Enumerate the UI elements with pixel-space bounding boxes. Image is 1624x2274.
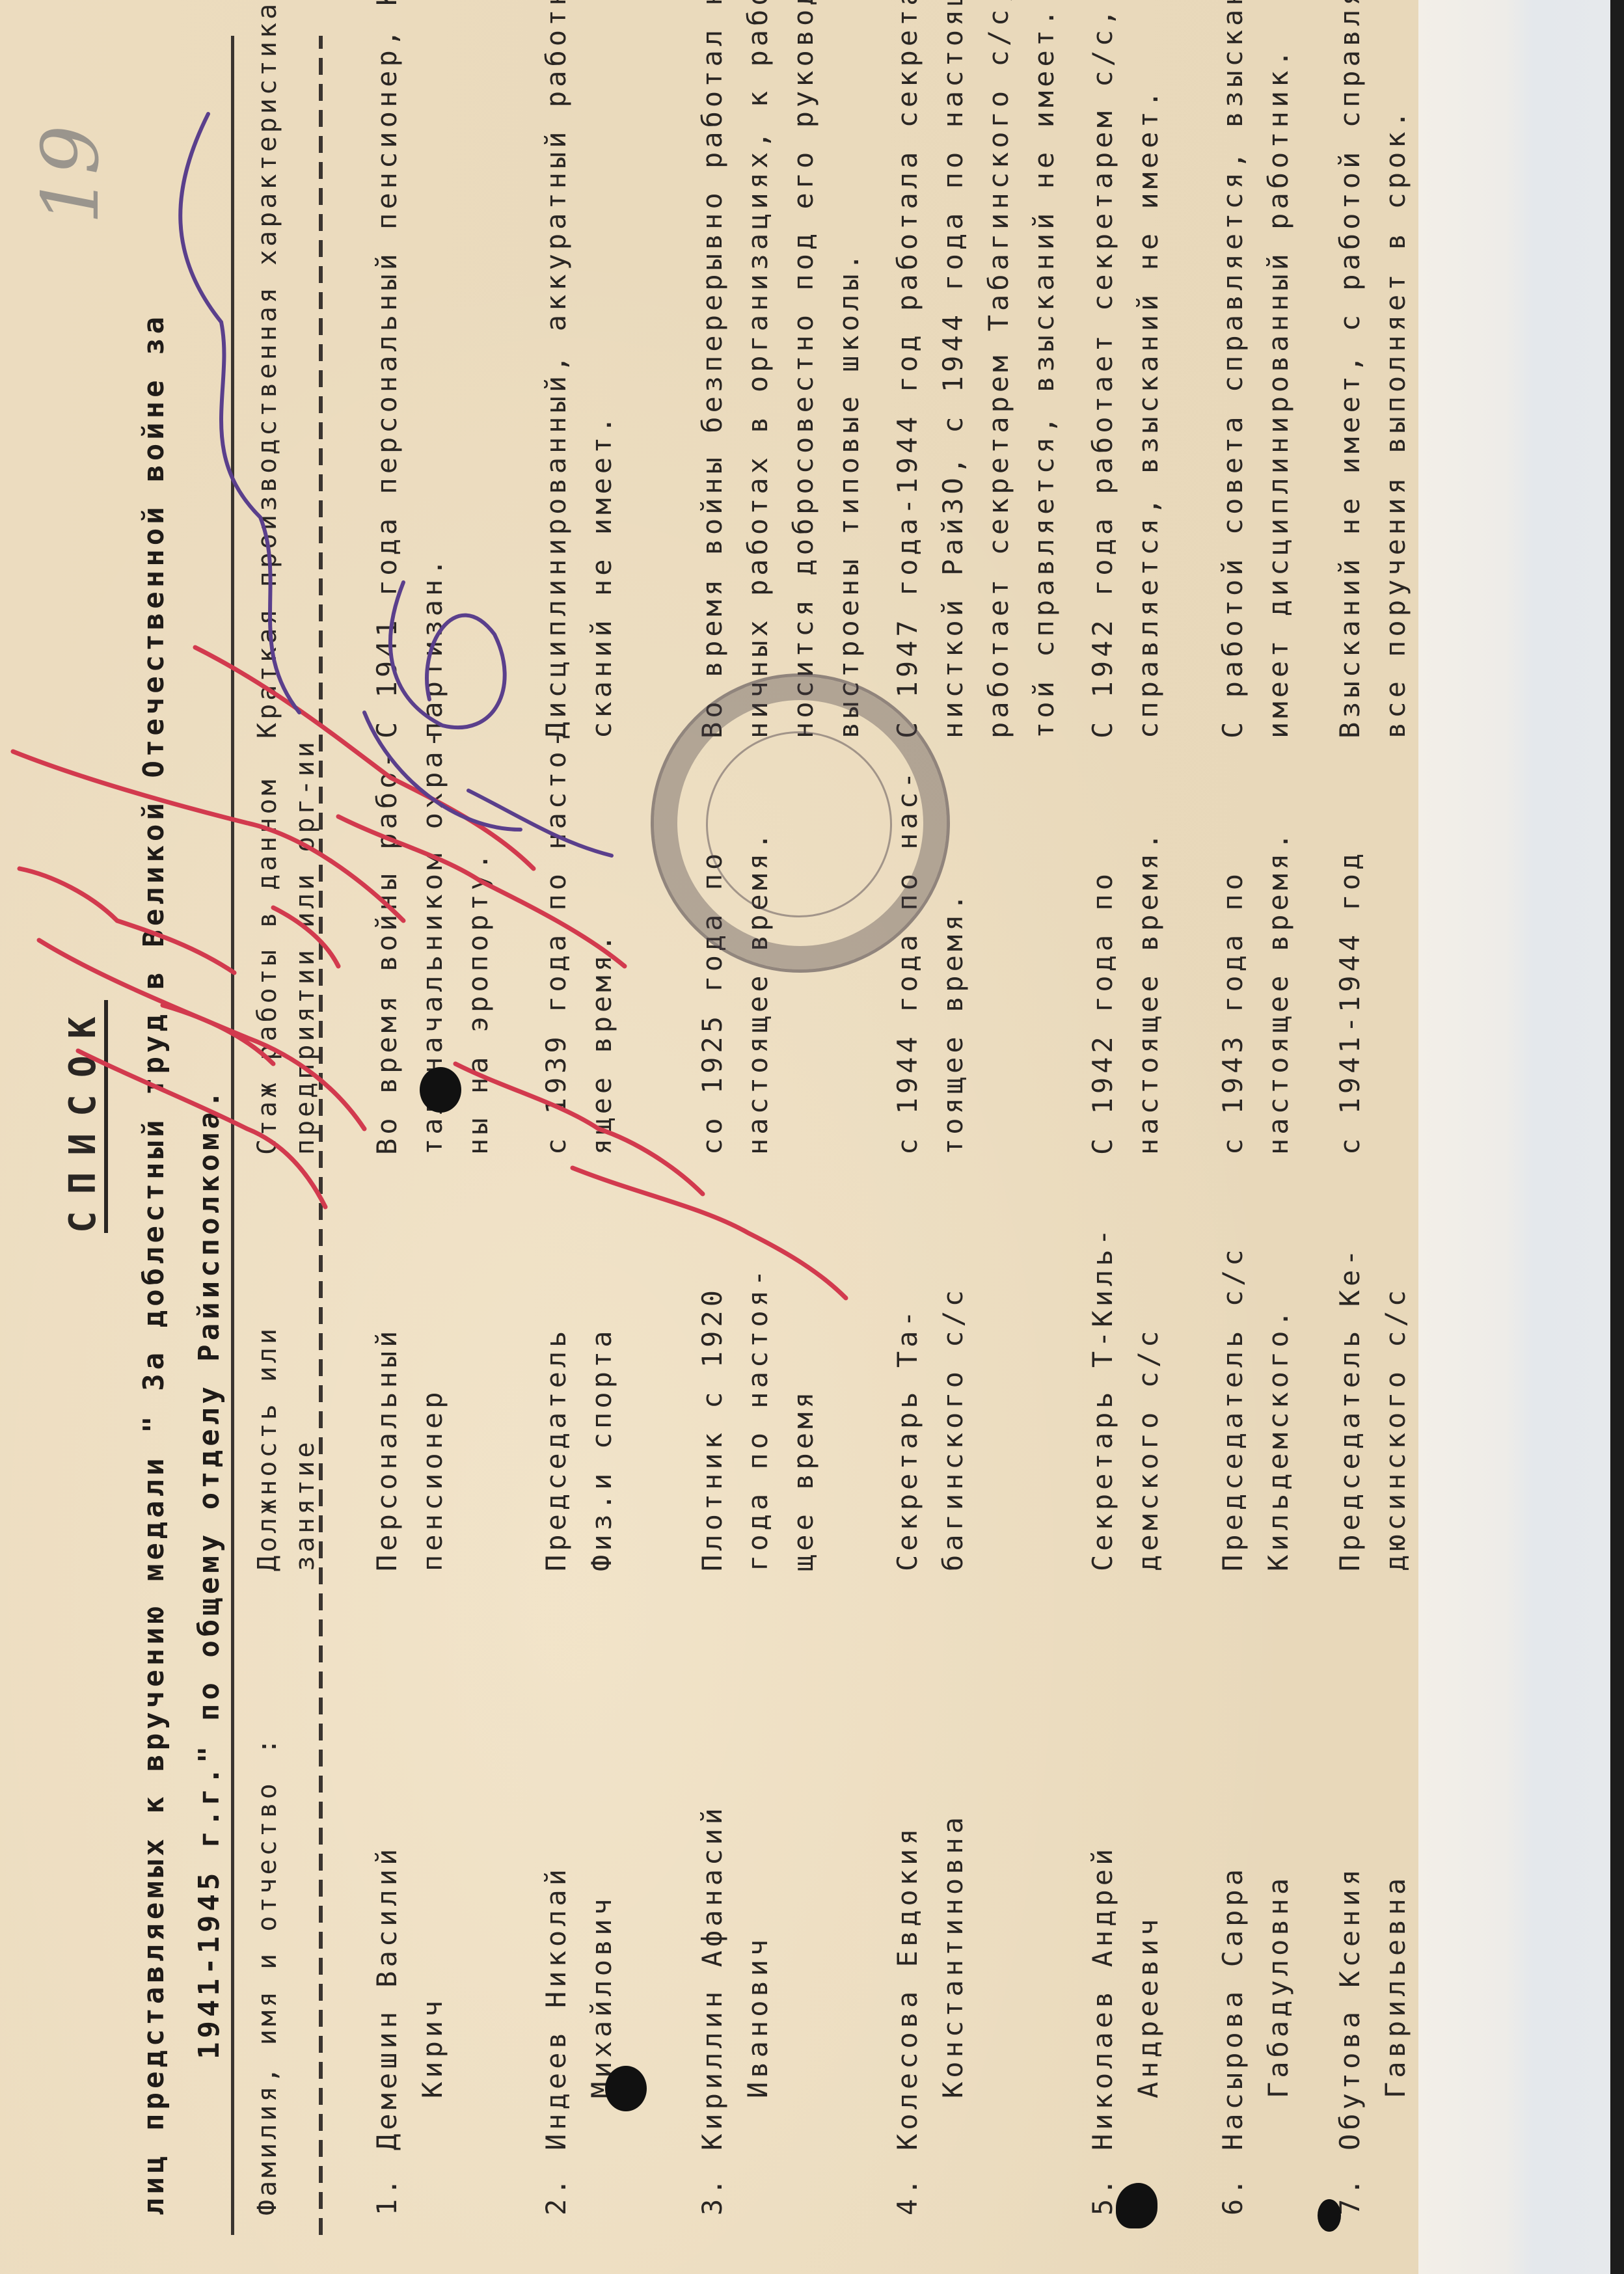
record-characteristic: Дисциплинированный, аккуратный работник,… [534, 0, 625, 738]
record-name-line: Индеев Николай [534, 1865, 579, 2150]
record-name-line: Константиновна [930, 1813, 976, 2150]
record-name-line: Обутова Ксения [1327, 1865, 1373, 2150]
record-position-line: года по настоя- [735, 1266, 781, 1571]
record-position: Председатель Ке-дюсинского с/с [1327, 1245, 1418, 1571]
document-subtitle-line2: 1941-1945 г.г." по общему отделу Райиспо… [195, 1087, 224, 2059]
record-name-line: Гаврильевна [1373, 1865, 1418, 2150]
column-header-tenure: Стаж работы в данном предприятии или орг… [249, 738, 324, 1155]
record-position-line: щее время [781, 1266, 826, 1571]
record-name-line: Николаев Андрей [1080, 1845, 1126, 2150]
record-position-line: Председатель [534, 1327, 579, 1571]
binder-hole [420, 1067, 461, 1113]
record-characteristic-line: носится добросовестно под его руководств… [781, 0, 826, 738]
record-tenure-line: ны на эропорту. [455, 727, 501, 1155]
record-tenure-line: ящее время. [579, 727, 625, 1155]
record-name-line: Кириллин Афанасий [690, 1804, 735, 2150]
record-position-line: Секретарь Та- [885, 1286, 930, 1571]
record-characteristic-line: С 1941 года персональный пенсионер, Крас… [364, 0, 410, 738]
record-characteristic-line: С 1942 года работает секретарем с/с, с р… [1080, 0, 1126, 738]
record-position-line: Председатель Ке- [1327, 1245, 1373, 1571]
record-tenure: с 1939 года по насто-ящее время. [534, 727, 625, 1155]
record-position: Секретарь Т-Киль-демского с/с [1080, 1225, 1171, 1571]
record-position: Персональныйпенсионер [364, 1327, 455, 1571]
record-characteristic-line: Во время войны безперерывно работал на п… [690, 0, 735, 738]
record-position-line: пенсионер [410, 1327, 455, 1571]
record-characteristic: С 1947 года-1944 год работала секретарь … [885, 0, 1067, 738]
record-name: Индеев НиколайМихайлович [534, 1865, 625, 2150]
record-position-line: Плотник с 1920 [690, 1266, 735, 1571]
document-subtitle-line1: лиц представляемых к вручению медали " З… [140, 313, 169, 2215]
record-tenure: с 1943 года понастоящее время. [1210, 829, 1301, 1155]
record-characteristic-line: партизан. [410, 0, 455, 738]
record-characteristic: Во время войны безперерывно работал на п… [690, 0, 872, 738]
record-number: 2. [534, 2174, 579, 2215]
record-number: 3. [690, 2174, 735, 2215]
record-position-line: Секретарь Т-Киль- [1080, 1225, 1126, 1571]
record-characteristic-line: все поручения выполняет в срок. [1373, 0, 1418, 738]
record-characteristic-line: сканий не имеет. [579, 0, 625, 738]
record-number: 6. [1210, 2174, 1256, 2215]
binder-hole [605, 2066, 647, 2111]
record-characteristic: Взысканий не имеет, с работой справляетс… [1327, 0, 1418, 738]
record-position: Секретарь Та-багинского с/с [885, 1286, 976, 1571]
record-position-line: багинского с/с [930, 1286, 976, 1571]
record-tenure-line: настоящее время. [1126, 829, 1171, 1155]
record-characteristic-line: той справляется, взысканий не имеет. [1022, 0, 1067, 738]
record-name-line: Демешин Василий [364, 1845, 410, 2150]
pencil-page-number: 19 [26, 125, 116, 224]
record-tenure: с 1941-1944 год [1327, 850, 1373, 1155]
record-tenure-line: Во время войны рабо- [364, 727, 410, 1155]
record-name-line: Кирич [410, 1845, 455, 2150]
record-characteristic: С 1942 года работает секретарем с/с, с р… [1080, 0, 1171, 738]
record-characteristic-line: нисткой РайЗО, с 1944 года по настоящее … [930, 0, 976, 738]
record-position-line: Председатель с/с [1210, 1245, 1256, 1571]
record-characteristic-line: Дисциплинированный, аккуратный работник,… [534, 0, 579, 738]
record-characteristic-line: Взысканий не имеет, с работой справляетс… [1327, 0, 1373, 738]
record-number: 1. [364, 2174, 410, 2215]
record-tenure: С 1942 года понастоящее время. [1080, 829, 1171, 1155]
record-tenure-line: настоящее время. [1256, 829, 1301, 1155]
record-position-line: демского с/с [1126, 1225, 1171, 1571]
column-header-name: Фамилия, имя и отчество: [249, 1735, 286, 2215]
record-tenure-line: С 1942 года по [1080, 829, 1126, 1155]
record-characteristic-line: С 1947 года-1944 год работала секретарь … [885, 0, 930, 738]
record-characteristic: С работой совета справляется, взысканий … [1210, 0, 1301, 738]
binder-hole [1318, 2199, 1341, 2232]
record-characteristic-line: выстроены типовые школы. [826, 0, 872, 738]
record-characteristic-line: справляется, взысканий не имеет. [1126, 0, 1171, 738]
record-name: Кириллин АфанасийИванович [690, 1804, 781, 2150]
record-characteristic-line: имеет дисциплинированный работник. [1256, 0, 1301, 738]
record-position-line: Кильдемского. [1256, 1245, 1301, 1571]
record-position: Председатель с/сКильдемского. [1210, 1245, 1301, 1571]
record-name: Обутова КсенияГаврильевна [1327, 1865, 1418, 2150]
record-position: ПредседательФиз.и спорта [534, 1327, 625, 1571]
record-position: Плотник с 1920года по настоя-щее время [690, 1266, 826, 1571]
record-tenure-line: с 1941-1944 год [1327, 850, 1373, 1155]
scan-edge [1610, 0, 1624, 2274]
record-name: Николаев АндрейАндреевич [1080, 1845, 1171, 2150]
column-header-characteristic: Краткая производственная характеристика [249, 1, 286, 738]
record-name: Колесова ЕвдокияКонстантиновна [885, 1813, 976, 2150]
binder-hole [1116, 2183, 1157, 2228]
record-name-line: Андреевич [1126, 1845, 1171, 2150]
record-number: 4. [885, 2174, 930, 2215]
record-name-line: Насырова Сарра [1210, 1865, 1256, 2150]
document-sheet: 19 СПИСОК лиц представляемых к вручению … [0, 0, 1418, 2274]
scan-backing-strip [1418, 0, 1610, 2274]
record-position-line: Персональный [364, 1327, 410, 1571]
column-header-position: Должность или занятие [249, 1325, 324, 1571]
record-name-line: Иванович [735, 1804, 781, 2150]
record-name-line: Габадуловна [1256, 1865, 1301, 2150]
record-characteristic-line: С работой совета справляется, взысканий … [1210, 0, 1256, 738]
official-seal [651, 673, 950, 973]
document-title: СПИСОК [65, 1000, 108, 1233]
record-characteristic-line: работает секретарем Табагинского с/с, с … [976, 0, 1022, 738]
header-top-rule [231, 36, 234, 2235]
record-characteristic-line: ничных работах в организациях, к работе … [735, 0, 781, 738]
record-name: Насырова СарраГабадуловна [1210, 1865, 1301, 2150]
record-position-line: дюсинского с/с [1373, 1245, 1418, 1571]
record-tenure-line: с 1939 года по насто- [534, 727, 579, 1155]
record-tenure-line: с 1943 года по [1210, 829, 1256, 1155]
record-position-line: Физ.и спорта [579, 1327, 625, 1571]
record-name-line: Колесова Евдокия [885, 1813, 930, 2150]
record-name: Демешин ВасилийКирич [364, 1845, 455, 2150]
record-characteristic: С 1941 года персональный пенсионер, Крас… [364, 0, 455, 738]
